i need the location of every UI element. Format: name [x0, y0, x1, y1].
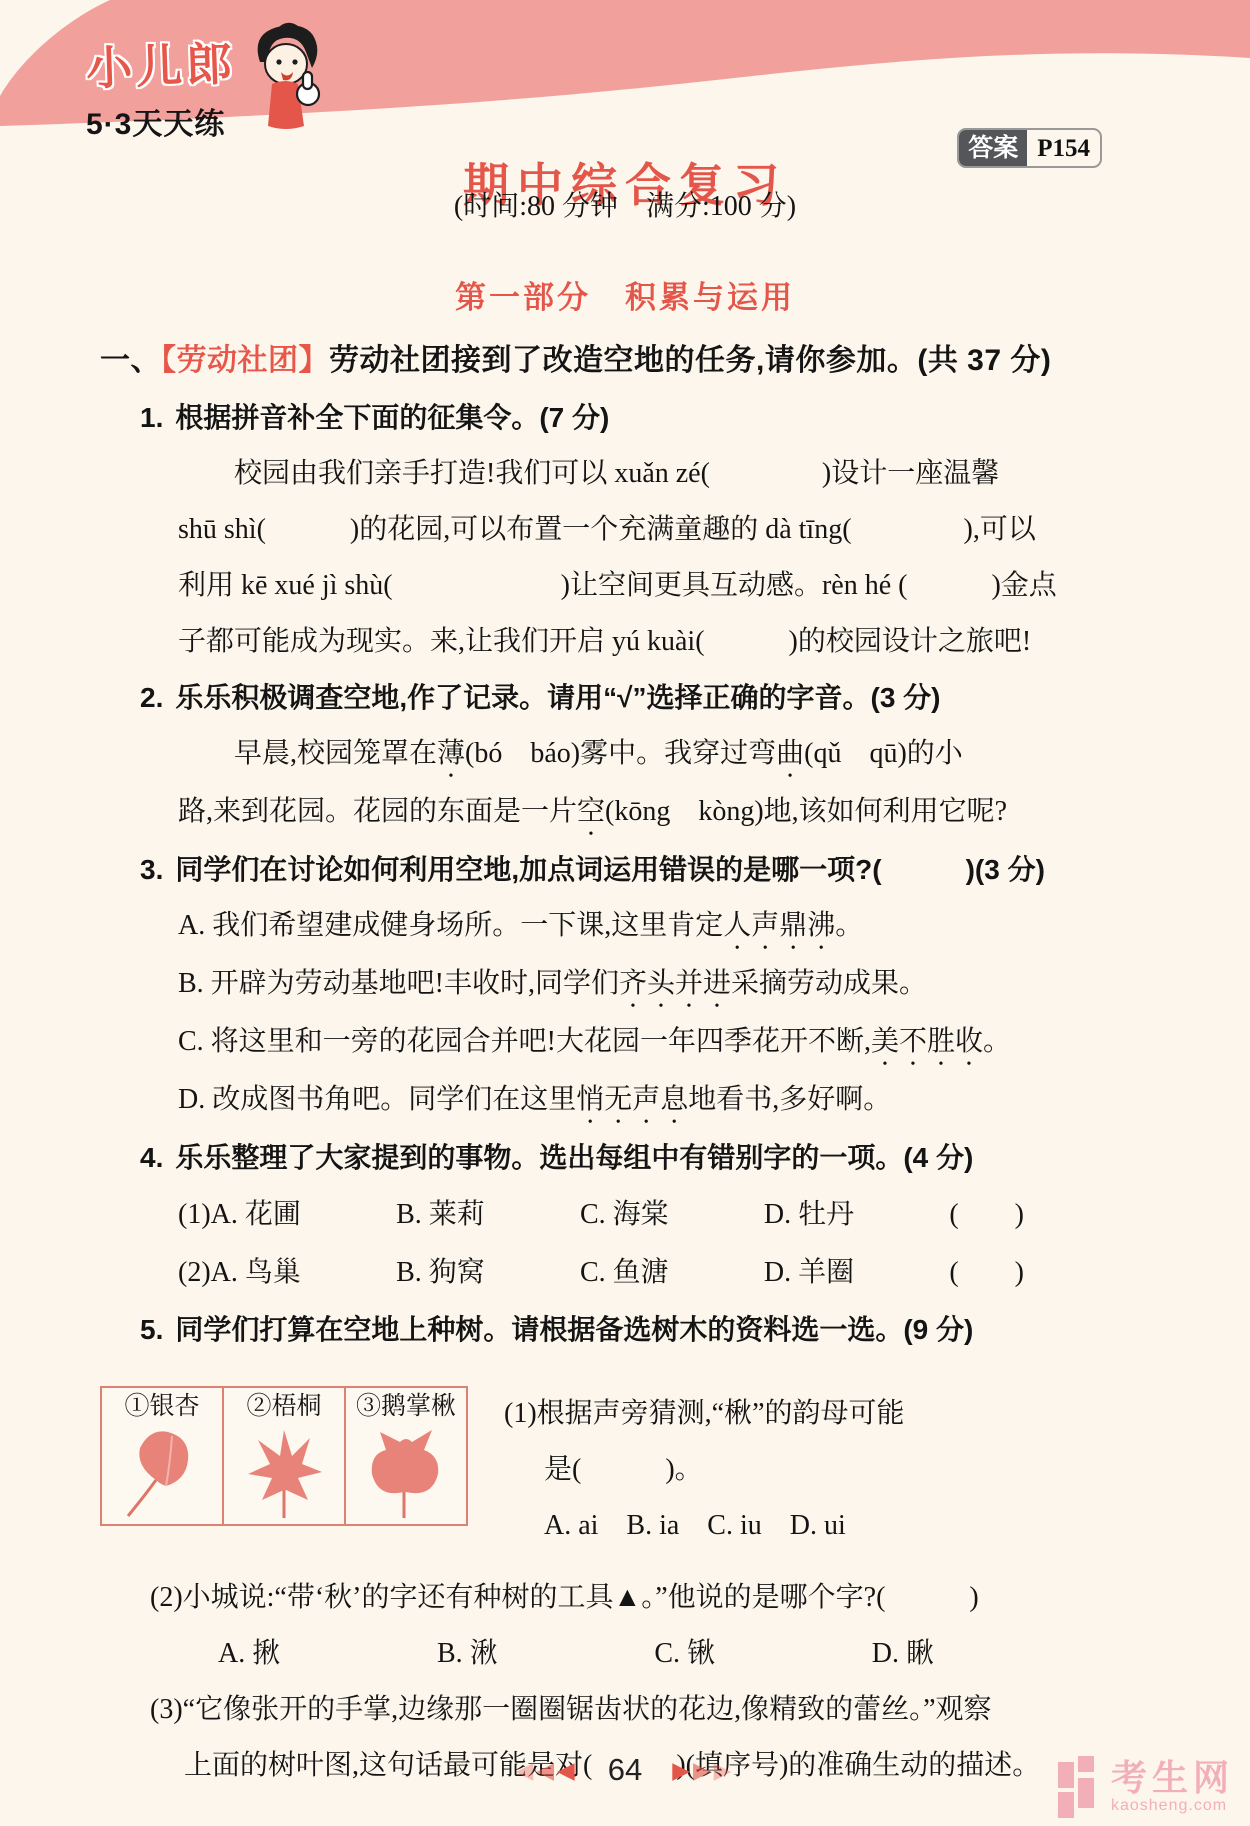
question-1-paragraph-line: 利用 kē xué jì shù( )让空间更具互动感。rèn hé ( )金点	[100, 558, 1152, 614]
question-3-option-a: A. 我们希望建成健身场所。一下课,这里肯定人声鼎沸。	[100, 898, 1152, 956]
question-5-sub2-line: (2)小城说:“带‘秋’的字还有种树的工具▲。”他说的是哪个字?( )	[100, 1570, 1152, 1626]
question-4-row-1: (1)A. 花圃 B. 莱莉 C. 海棠 D. 牡丹 ( )	[100, 1186, 1024, 1244]
exam-time-score-line: (时间:80 分钟 满分:100 分)	[0, 184, 1250, 224]
question-5-sub1: (1)根据声旁猜测,“楸”的韵母可能 是( )。 A. ai B. ia C. …	[504, 1386, 1152, 1554]
gallery-cell-tulip-tree: ③鹅掌楸	[344, 1386, 468, 1526]
question-2-paragraph-line: 早晨,校园笼罩在薄(bó báo)雾中。我穿过弯曲(qǔ qū)的小	[100, 726, 1152, 784]
row-label: (1)	[178, 1199, 211, 1230]
left-arrows-icon: ◀◀◀	[516, 1758, 578, 1784]
question-3-option-b: B. 开辟为劳动基地吧!丰收时,同学们齐头并进采摘劳动成果。	[100, 956, 1152, 1014]
option-d: D. 羊圈	[764, 1244, 854, 1302]
question-1-paragraph-line: shū shì( )的花园,可以布置一个充满童趣的 dà tīng( ),可以	[100, 502, 1152, 558]
question-1-text: 根据拼音补全下面的征集令。(7 分)	[175, 402, 609, 433]
right-arrows-icon: ▶▶▶	[672, 1758, 734, 1784]
parasol-leaf-icon	[242, 1426, 326, 1520]
question-2-text: 乐乐积极调查空地,作了记录。请用“√”选择正确的字音。(3 分)	[175, 682, 940, 713]
answer-badge-label: 答案	[959, 130, 1027, 166]
question-3-text: 同学们在讨论如何利用空地,加点词运用错误的是哪一项?( )(3 分)	[175, 854, 1045, 885]
question-2-paragraph-line: 路,来到花园。花园的东面是一片空(kōng kòng)地,该如何利用它呢?	[100, 784, 1152, 842]
question-5-top-block: ①银杏 ②梧桐 ③鹅掌楸	[100, 1386, 1152, 1554]
tree-leaf-gallery: ①银杏 ②梧桐 ③鹅掌楸	[100, 1386, 468, 1554]
gallery-cell-parasol: ②梧桐	[222, 1386, 346, 1526]
question-3-number: 3.	[140, 854, 163, 885]
option-a: A. 揪	[218, 1626, 280, 1682]
section-heading: 第一部分 积累与运用	[0, 272, 1250, 317]
gallery-label: ①银杏	[102, 1388, 222, 1426]
answer-badge-page: P154	[1027, 130, 1100, 166]
option-b: B. 湫	[437, 1626, 498, 1682]
gallery-cell-ginkgo: ①银杏	[100, 1386, 224, 1526]
question-3-option-c: C. 将这里和一旁的花园合并吧!大花园一年四季花开不断,美不胜收。	[100, 1014, 1152, 1072]
sub1-line-1: (1)根据声旁猜测,“楸”的韵母可能	[504, 1386, 1152, 1442]
site-watermark: 考生网 kaosheng.com	[1058, 1756, 1234, 1818]
option-d: D. 瞅	[872, 1626, 934, 1682]
part-one-heading: 一、【劳动社团】劳动社团接到了改造空地的任务,请你参加。(共 37 分)	[100, 332, 1152, 390]
brand-logo-text: 小儿郎	[85, 27, 237, 98]
question-5-sub2-options: A. 揪 B. 湫 C. 锹 D. 瞅	[100, 1626, 934, 1682]
kaosheng-logo-icon	[1058, 1756, 1102, 1818]
sub1-line-2: 是( )。	[504, 1442, 1152, 1498]
row-label: (2)	[178, 1257, 211, 1288]
answer-bracket: ( )	[949, 1244, 1024, 1302]
watermark-site-name: 考生网	[1111, 1759, 1234, 1797]
brand-series-text: 5·3天天练	[86, 99, 236, 143]
worksheet-content: 一、【劳动社团】劳动社团接到了改造空地的任务,请你参加。(共 37 分) 1.根…	[100, 332, 1152, 1794]
gallery-label: ③鹅掌楸	[346, 1388, 466, 1426]
question-5-title: 5.同学们打算在空地上种树。请根据备选树木的资料选一选。(9 分)	[100, 1302, 1152, 1358]
watermark-site-domain: kaosheng.com	[1111, 1797, 1234, 1815]
question-1-title: 1.根据拼音补全下面的征集令。(7 分)	[100, 390, 1152, 446]
brand-logo: 小儿郎 5·3天天练	[86, 30, 236, 143]
gallery-label: ②梧桐	[224, 1388, 344, 1426]
tulip-tree-leaf-icon	[364, 1426, 448, 1520]
option-a: A. 花圃	[211, 1199, 301, 1230]
question-5-number: 5.	[140, 1314, 163, 1345]
watermark-text: 考生网 kaosheng.com	[1111, 1759, 1234, 1815]
page-number: 64	[608, 1752, 642, 1788]
thumbs-up-boy-icon	[246, 22, 330, 138]
question-5-sub3-line-1: (3)“它像张开的手掌,边缘那一圈圈锯齿状的花边,像精致的蕾丝。”观察	[100, 1682, 1152, 1738]
question-1-paragraph-line: 子都可能成为现实。来,让我们开启 yú kuài( )的校园设计之旅吧!	[100, 614, 1152, 670]
question-5-text: 同学们打算在空地上种树。请根据备选树木的资料选一选。(9 分)	[175, 1314, 973, 1345]
answer-page-badge: 答案 P154	[957, 128, 1102, 168]
row-group: (1)A. 花圃	[178, 1186, 301, 1244]
question-3-title: 3.同学们在讨论如何利用空地,加点词运用错误的是哪一项?( )(3 分)	[100, 842, 1152, 898]
option-c: C. 鱼溏	[580, 1244, 669, 1302]
question-2-title: 2.乐乐积极调查空地,作了记录。请用“√”选择正确的字音。(3 分)	[100, 670, 1152, 726]
option-d: D. 牡丹	[764, 1186, 854, 1244]
question-4-title: 4.乐乐整理了大家提到的事物。选出每组中有错别字的一项。(4 分)	[100, 1130, 1152, 1186]
ginkgo-leaf-icon	[120, 1426, 204, 1520]
row-group: (2)A. 鸟巢	[178, 1244, 301, 1302]
sub1-options: A. ai B. ia C. iu D. ui	[504, 1498, 1152, 1554]
question-4-text: 乐乐整理了大家提到的事物。选出每组中有错别字的一项。(4 分)	[175, 1142, 973, 1173]
option-c: C. 海棠	[580, 1186, 669, 1244]
question-4-row-2: (2)A. 鸟巢 B. 狗窝 C. 鱼溏 D. 羊圈 ( )	[100, 1244, 1024, 1302]
option-c: C. 锹	[654, 1626, 715, 1682]
question-2-number: 2.	[140, 682, 163, 713]
option-a: A. 鸟巢	[211, 1257, 301, 1288]
option-b: B. 狗窝	[396, 1244, 485, 1302]
question-3-option-d: D. 改成图书角吧。同学们在这里悄无声息地看书,多好啊。	[100, 1072, 1152, 1130]
question-4-number: 4.	[140, 1142, 163, 1173]
option-b: B. 莱莉	[396, 1186, 485, 1244]
answer-bracket: ( )	[949, 1186, 1024, 1244]
question-1-paragraph-line: 校园由我们亲手打造!我们可以 xuǎn zé( )设计一座温馨	[100, 446, 1152, 502]
question-1-number: 1.	[140, 402, 163, 433]
worksheet-page: 小儿郎 5·3天天练 答案 P154 期中综合复习 (时间:80 分钟 满分:1…	[0, 0, 1250, 1826]
